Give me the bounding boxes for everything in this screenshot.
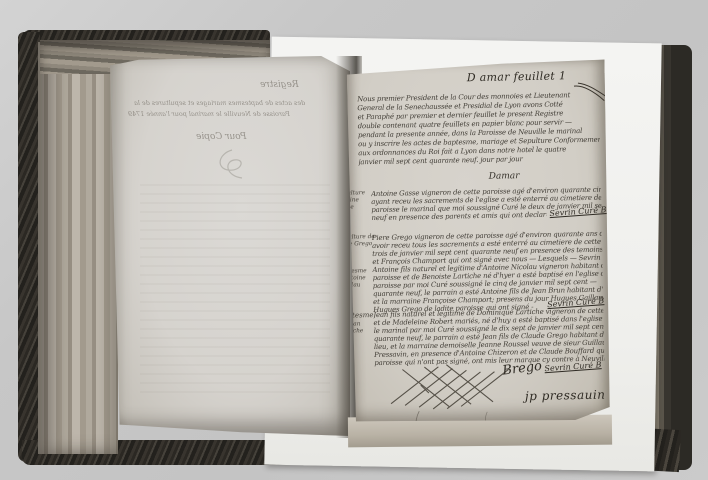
bleedthrough-line: des actes de baptesmes mariages et sepul… [134,99,305,107]
bleedthrough-line: Paroisse de Neuville le marinal pour l'a… [128,110,290,118]
bleedthrough-line: Pour Copie [196,132,246,142]
right-page: D amar feuillet 1 Nous premier President… [347,60,612,427]
bleedthrough-flourish [212,148,252,182]
paraph-signature: Damar [489,171,520,182]
register-photo: Registre des actes de baptesmes mariages… [0,0,708,480]
bleedthrough-text-ghost [140,184,330,394]
bleedthrough-line: Registre [260,80,299,90]
left-page: Registre des actes de baptesmes mariages… [110,56,350,436]
book-cover-left-edge [18,32,40,462]
witness-signature: jp pressauin [525,388,606,404]
page-block-edge-left [38,42,118,454]
